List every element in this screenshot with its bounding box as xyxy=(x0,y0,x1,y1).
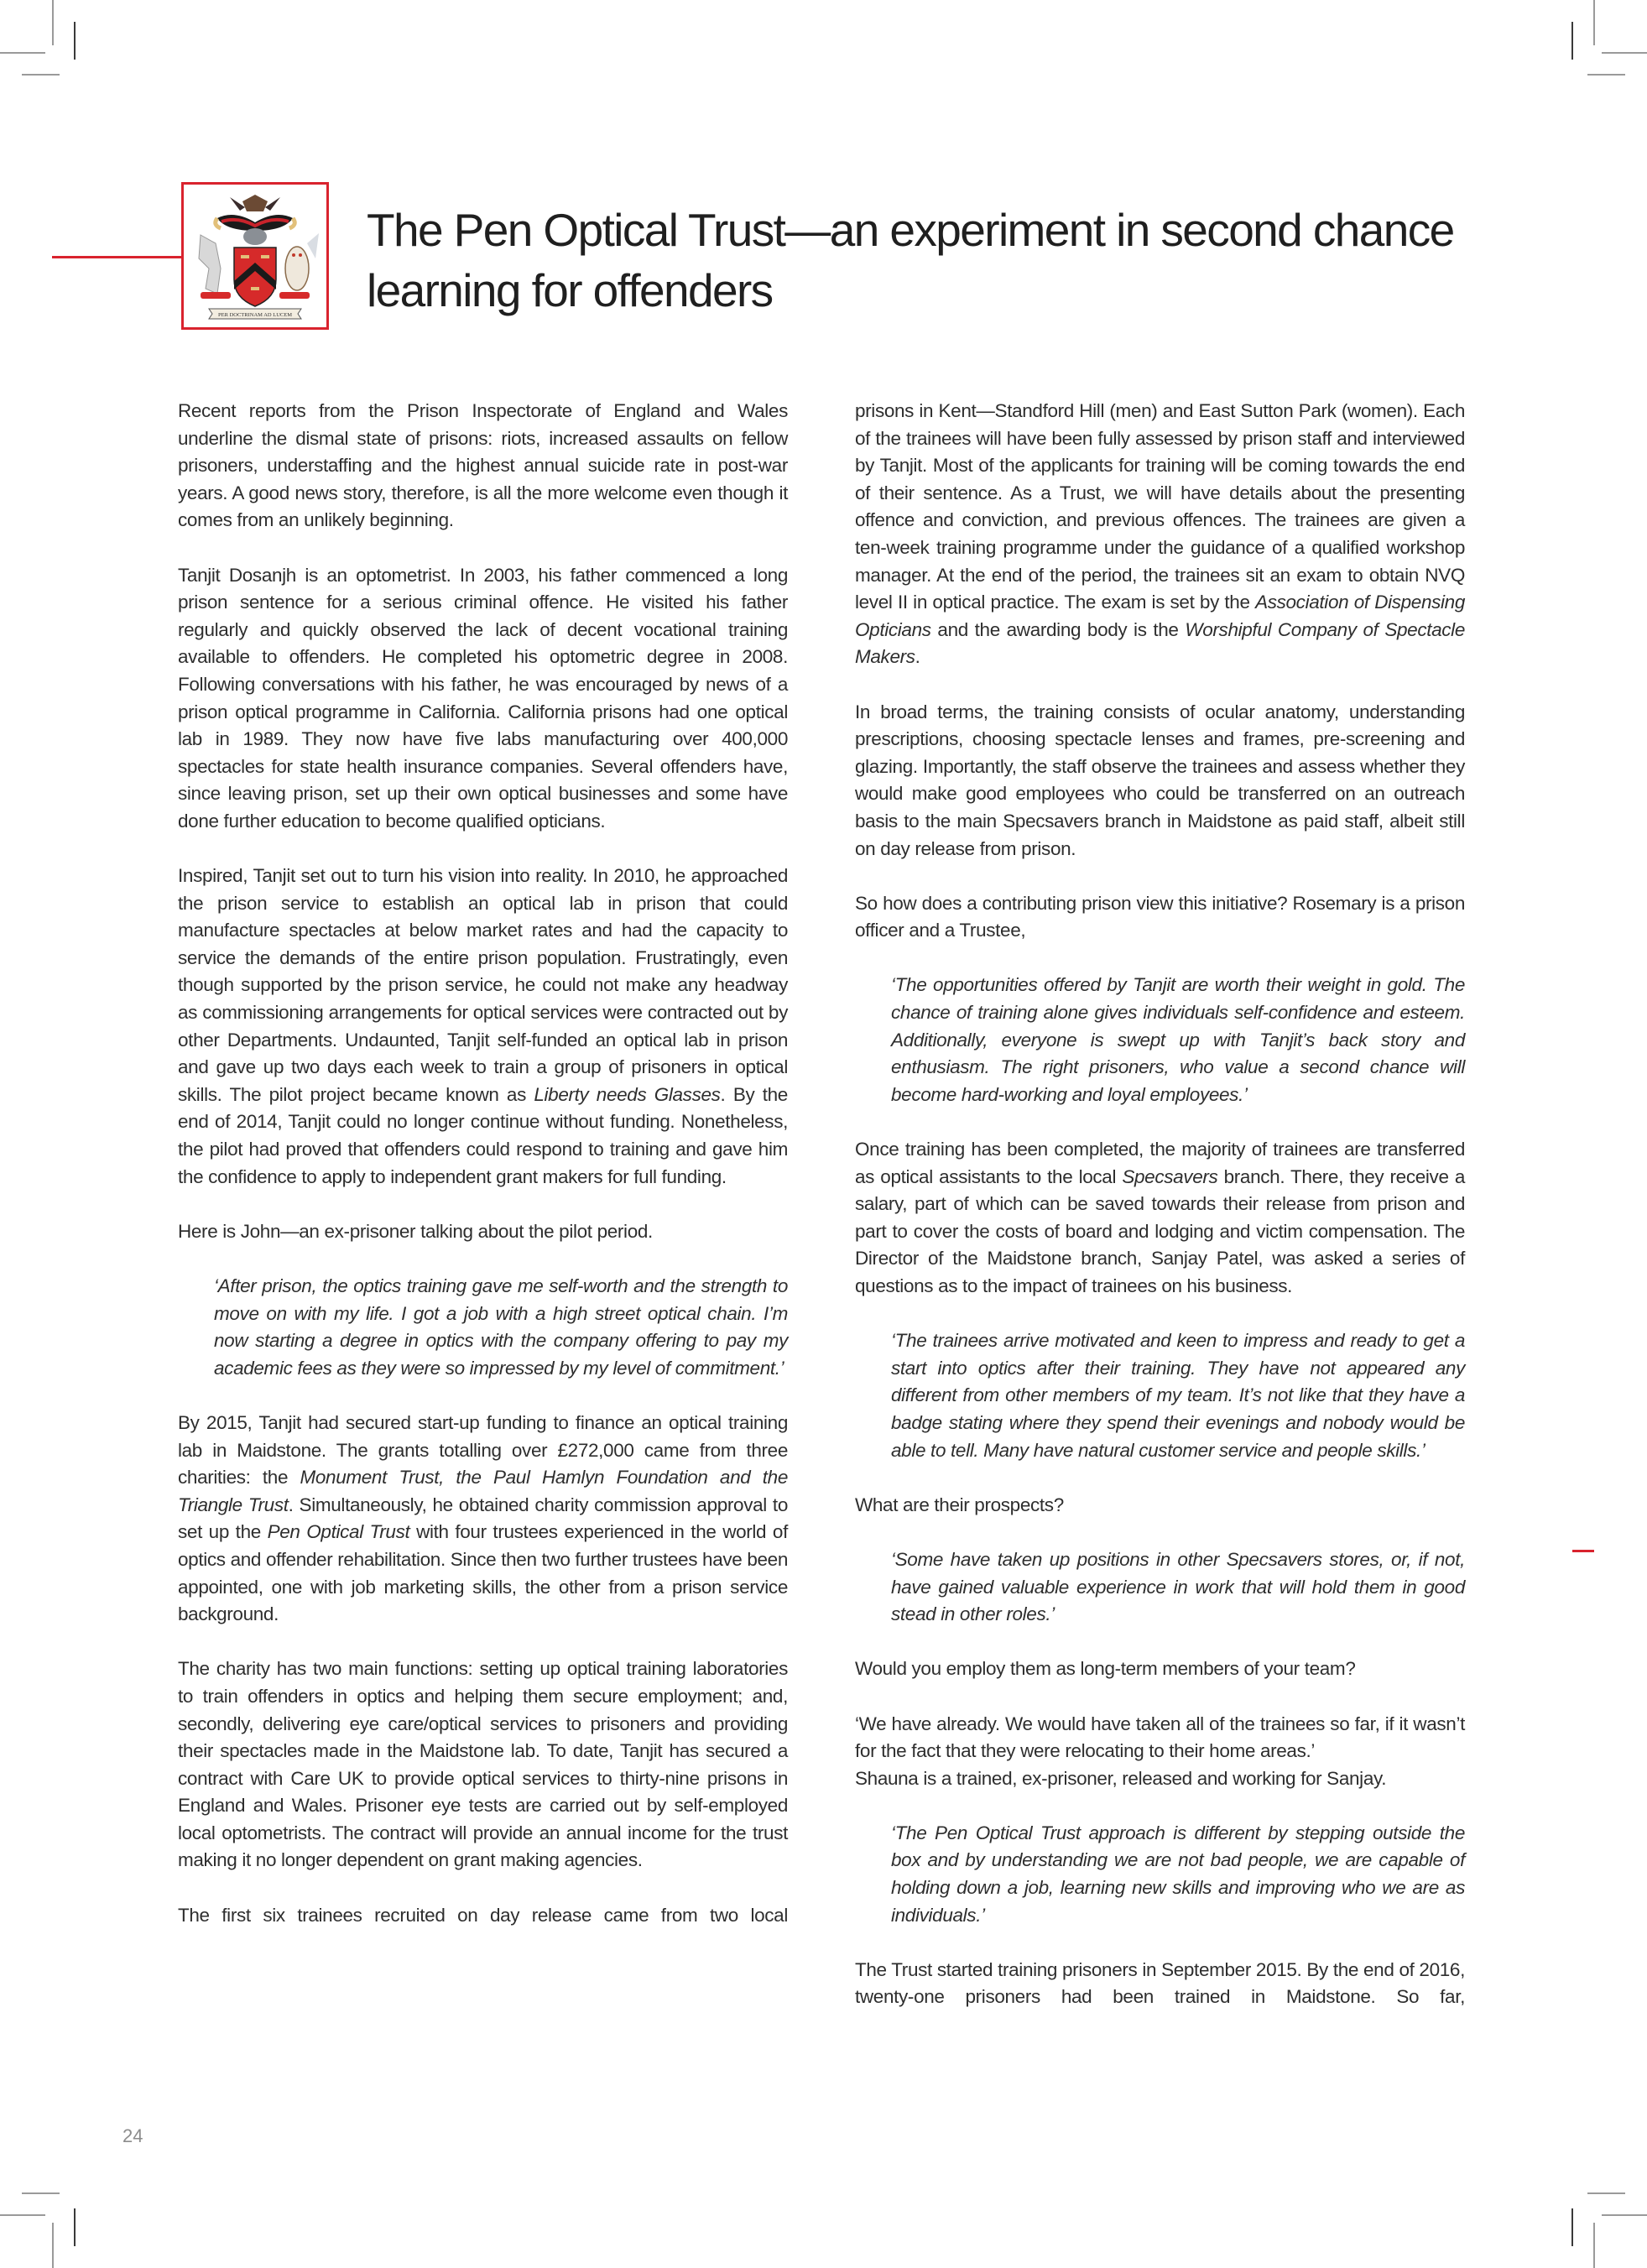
paragraph: The first six trainees recruited on day … xyxy=(178,1902,788,1930)
page-title: The Pen Optical Trust—an experiment in s… xyxy=(367,200,1541,321)
emphasis: Liberty needs Glasses xyxy=(534,1084,720,1105)
header-rule xyxy=(52,256,182,258)
crop-mark-br-v2 xyxy=(1571,2208,1573,2246)
paragraph: In broad terms, the training consists of… xyxy=(855,699,1465,863)
paragraph: Tanjit Dosanjh is an optometrist. In 200… xyxy=(178,562,788,836)
block-quote: ‘After prison, the optics training gave … xyxy=(214,1273,788,1382)
emphasis: Pen Optical Trust xyxy=(268,1521,410,1542)
title-line-2: learning for offenders xyxy=(367,264,773,316)
paragraph: The charity has two main functions: sett… xyxy=(178,1655,788,1874)
right-column: prisons in Kent—Standford Hill (men) and… xyxy=(855,398,1465,2011)
paragraph: So how does a contributing prison view t… xyxy=(855,890,1465,945)
block-quote: ‘The opportunities offered by Tanjit are… xyxy=(891,972,1465,1108)
crop-mark-tl-v2 xyxy=(74,22,76,60)
margin-marker xyxy=(1572,1550,1594,1552)
paragraph: What are their prospects? xyxy=(855,1492,1465,1520)
paragraph: Here is John—an ex-prisoner talking abou… xyxy=(178,1218,788,1246)
coat-of-arms-icon: PER DOCTRINAM AD LUCEM xyxy=(184,185,326,327)
paragraph: Recent reports from the Prison Inspector… xyxy=(178,398,788,534)
crop-mark-bl-h2 xyxy=(22,2192,60,2194)
title-line-1: The Pen Optical Trust—an experiment in s… xyxy=(367,204,1454,256)
paragraph: Would you employ them as long-term membe… xyxy=(855,1655,1465,1683)
crop-mark-tr-v xyxy=(1593,0,1595,45)
paragraph: ‘We have already. We would have taken al… xyxy=(855,1711,1465,1793)
paragraph: prisons in Kent—Standford Hill (men) and… xyxy=(855,398,1465,671)
crop-mark-br-h xyxy=(1602,2214,1647,2216)
crop-mark-br-h2 xyxy=(1587,2192,1625,2194)
block-quote: ‘The trainees arrive motivated and keen … xyxy=(891,1327,1465,1464)
crop-mark-tr-h xyxy=(1602,52,1647,54)
crop-mark-tl-h2 xyxy=(22,74,60,76)
left-column: Recent reports from the Prison Inspector… xyxy=(178,398,788,1929)
block-quote: ‘The Pen Optical Trust approach is diffe… xyxy=(891,1820,1465,1929)
crop-mark-tl-v xyxy=(52,0,54,45)
motto-text: PER DOCTRINAM AD LUCEM xyxy=(218,312,292,318)
crop-mark-tl-h xyxy=(0,52,45,54)
paragraph: By 2015, Tanjit had secured start-up fun… xyxy=(178,1410,788,1629)
crop-mark-bl-v xyxy=(52,2223,54,2268)
crest-frame: PER DOCTRINAM AD LUCEM xyxy=(181,182,329,330)
emphasis: Specsavers xyxy=(1122,1166,1217,1187)
paragraph: Once training has been completed, the ma… xyxy=(855,1136,1465,1301)
crop-mark-tr-v2 xyxy=(1571,22,1573,60)
page-number: 24 xyxy=(122,2125,143,2147)
crop-mark-bl-v2 xyxy=(74,2208,76,2246)
crop-mark-tr-h2 xyxy=(1587,74,1625,76)
paragraph: Inspired, Tanjit set out to turn his vis… xyxy=(178,863,788,1191)
block-quote: ‘Some have taken up positions in other S… xyxy=(891,1546,1465,1629)
paragraph: The Trust started training prisoners in … xyxy=(855,1957,1465,2011)
crop-mark-br-v xyxy=(1593,2223,1595,2268)
crop-mark-bl-h xyxy=(0,2214,45,2216)
